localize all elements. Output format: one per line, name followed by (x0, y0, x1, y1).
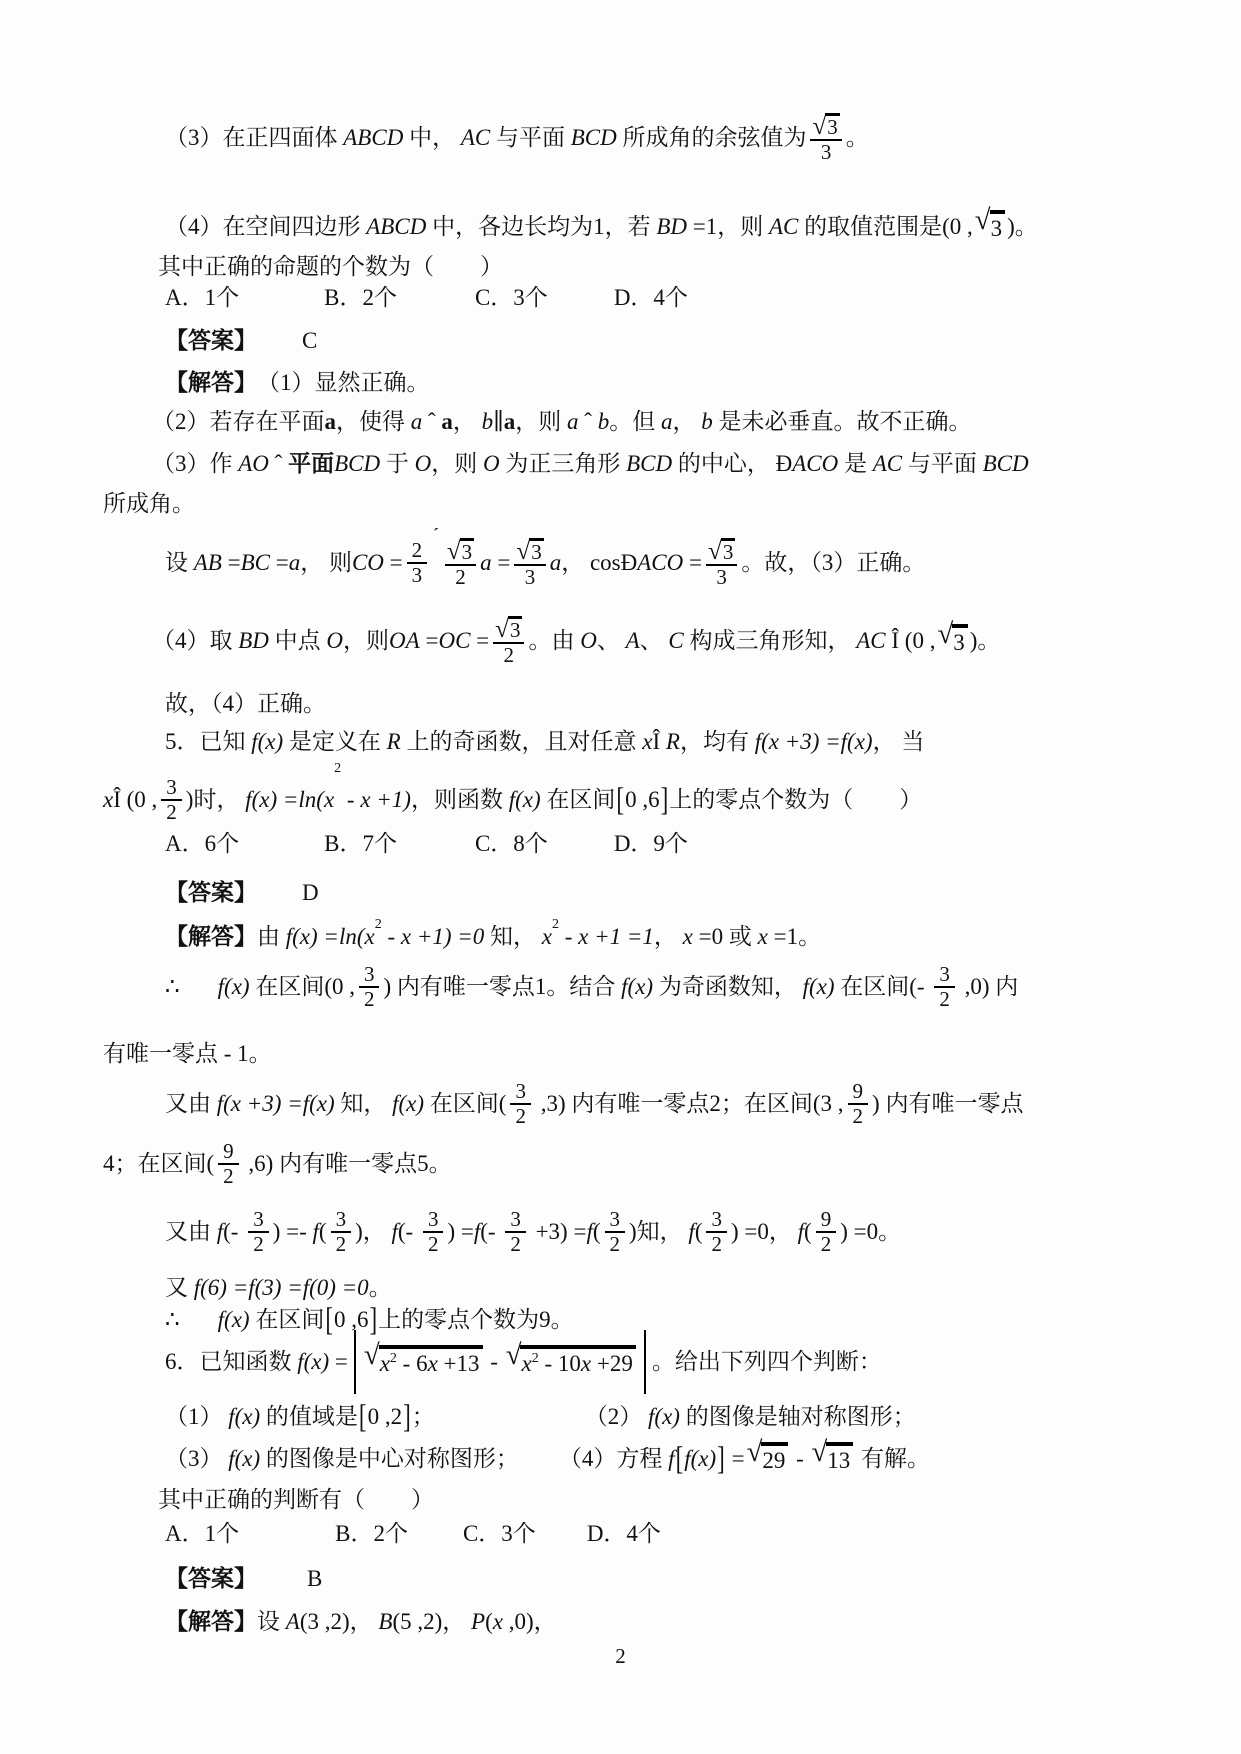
abs-bar-icon (354, 1330, 356, 1394)
abs-bar-icon (644, 1330, 646, 1394)
text-segment: B (307, 1565, 322, 1594)
text-segment: )。 (1007, 213, 1038, 242)
text-segment: 其中正确的命题的个数为（ ） (158, 253, 503, 282)
tall-bracket: ] (661, 780, 669, 821)
text-segment: 4；在区间( (103, 1150, 214, 1179)
text-segment: 又 (165, 1274, 194, 1303)
math-segment: a (567, 408, 579, 437)
math-segment: a (661, 408, 673, 437)
math-segment: BCD (334, 450, 380, 479)
math-segment: x (642, 728, 652, 757)
denominator: 2 (505, 1231, 526, 1256)
text-segment: ,0) 内 (959, 973, 1018, 1002)
text-segment: = (470, 627, 489, 656)
radical-icon: √ (495, 619, 509, 642)
text-segment: 。给出下列四个判断： (652, 1348, 882, 1377)
numerator: 3 (362, 963, 377, 986)
math-segment: R (387, 728, 401, 757)
math-segment: AB (194, 549, 222, 578)
tall-bracket: ] (403, 1397, 411, 1438)
text-segment: A．1个 (165, 284, 239, 313)
math-segment: f(x) =ln(x (286, 923, 375, 952)
text-segment: ) 内有唯一零点1。结合 (383, 973, 621, 1002)
denominator: 2 (359, 986, 380, 1011)
q5-solution-2a: ∴f(x) 在区间(0 ,32) 内有唯一零点1。结合 f(x) 为奇函数知， … (165, 950, 1018, 1024)
numerator: √3 (514, 538, 545, 564)
text-segment: ) =0， (731, 1218, 798, 1247)
radical: √x2 - 10x +29 (506, 1345, 636, 1379)
bold-segment: 【解答】 (165, 369, 257, 398)
text-segment: ； (412, 1403, 435, 1432)
math-segment: ABCD (343, 124, 403, 153)
bold-segment: 【答案】 (165, 1565, 257, 1594)
numerator: 3 (508, 1208, 523, 1231)
math-segment: b (701, 408, 713, 437)
math-segment: f(x) (297, 1348, 329, 1377)
math-segment: f(x +3) =f(x) (217, 1090, 335, 1119)
radical-icon: √ (516, 541, 530, 564)
denominator: 2 (218, 1163, 239, 1188)
text-segment: 0 ,6 (625, 786, 660, 815)
math-segment: - x +1) =0 (382, 923, 485, 952)
bold-segment: a (325, 408, 337, 437)
text-segment: （1）显然正确。 (257, 369, 430, 398)
text-segment: ， 则 (300, 549, 352, 578)
spacer (180, 1320, 218, 1321)
denominator: 2 (816, 1231, 837, 1256)
math-segment: AC (856, 627, 885, 656)
text-segment: 6．已知函数 (165, 1348, 297, 1377)
text-segment: 的图像是轴对称图形； (680, 1403, 916, 1432)
math-segment: f(x) (803, 973, 835, 1002)
text-segment: D．4个 (614, 284, 688, 313)
math-segment: O (415, 450, 432, 479)
math-segment: OC (438, 627, 470, 656)
text-segment: ， (672, 408, 701, 437)
fraction: 92 (218, 1140, 239, 1187)
math-segment: BCD (983, 450, 1029, 479)
fraction: 32 (934, 963, 955, 1010)
q5-solution-3b: 4；在区间(92 ,6) 内有唯一零点5。 (103, 1128, 452, 1200)
text-segment: D．9个 (614, 830, 688, 859)
tall-bracket: [ (616, 780, 624, 821)
text-segment: = (420, 627, 439, 656)
text-segment: - (790, 1445, 809, 1474)
q6-judgement-34: （3） f(x) 的图像是中心对称图形；（4）方程 f[f(x)] =√29 -… (165, 1438, 930, 1480)
superscript: 2 (375, 918, 382, 932)
superscript: 2 (532, 1351, 539, 1366)
math-segment: x (542, 923, 552, 952)
math-segment: - x +1) (341, 786, 411, 815)
page-number: 2 (0, 1644, 1241, 1669)
math-segment: AC (873, 450, 902, 479)
radicand: 3 (508, 616, 523, 642)
text-segment: Î (652, 728, 665, 757)
text-segment: 的值域是 (260, 1403, 358, 1432)
denominator: 3 (810, 139, 841, 164)
text-segment: - 10 (539, 1351, 581, 1376)
text-segment: C．3个 (463, 1520, 536, 1549)
math-segment: x (758, 923, 768, 952)
text-segment: Î (0 , (113, 786, 157, 815)
text-segment: 又由 (165, 1218, 217, 1247)
text-segment: 在区间(- (835, 973, 931, 1002)
math-segment: a (480, 549, 492, 578)
q6-statement: 6．已知函数 f(x) =√x2 - 6x +13 - √x2 - 10x +2… (165, 1330, 882, 1394)
fraction: 32 (605, 1208, 626, 1255)
text-segment: B．2个 (324, 284, 397, 313)
numerator: 3 (426, 1208, 441, 1231)
radical: √13 (812, 1442, 854, 1476)
math-segment: b (482, 408, 494, 437)
math-segment: OA (389, 627, 420, 656)
text-segment: = (492, 549, 511, 578)
text-segment: C．3个 (475, 284, 548, 313)
fraction: √33 (810, 113, 841, 163)
denominator: 2 (493, 642, 524, 667)
text-segment: ，使得 (336, 408, 411, 437)
q4-solution-4b: 故，（4）正确。 (165, 686, 326, 722)
q4-statement-3: （3）在正四面体 ABCD 中， AC 与平面 BCD 所成角的余弦值为√33。 (165, 98, 869, 178)
fraction: √33 (706, 538, 737, 588)
text-segment: （1） (165, 1403, 228, 1432)
denominator: 2 (848, 1103, 869, 1128)
text-segment: 与平面 (490, 124, 571, 153)
text-segment: +13 (438, 1351, 480, 1376)
text-segment: B．7个 (324, 830, 397, 859)
math-segment: CO (352, 549, 384, 578)
text-segment: 。故，（3）正确。 (741, 549, 925, 578)
math-segment: f(x) (251, 728, 283, 757)
denominator: 2 (510, 1103, 531, 1128)
math-segment: x (581, 1351, 591, 1376)
text-segment: 故，（4）正确。 (165, 690, 326, 719)
q5-statement-a: 5．已知 f(x) 是定义在 R 上的奇函数，且对任意 xÎ R，均有 f(x … (165, 722, 924, 762)
spacer (239, 844, 324, 845)
radicand: 3 (721, 538, 736, 564)
text-segment: ， cosÐ (561, 549, 637, 578)
radical-icon: √ (747, 1440, 763, 1466)
math-segment: x (103, 786, 113, 815)
fraction: 32 (510, 1080, 531, 1127)
math-segment: x (493, 1608, 503, 1637)
text-segment: 其中正确的判断有（ ） (158, 1486, 434, 1515)
radical-icon: √ (506, 1343, 522, 1369)
text-segment: 知， (335, 1090, 393, 1119)
math-segment: ACO (792, 450, 838, 479)
fraction: 92 (848, 1080, 869, 1127)
text-segment: 所成角的余弦值为 (617, 124, 807, 153)
text-segment: 为奇函数知， (653, 973, 803, 1002)
radicand: 3 (825, 113, 840, 139)
bold-segment: 【答案】 (165, 327, 257, 356)
math-segment: a (289, 549, 301, 578)
text-segment: (- (223, 1218, 244, 1247)
q4-options: A．1个B．2个C．3个D．4个 (165, 280, 688, 316)
math-segment: f(x) (509, 786, 541, 815)
q6-options: A．1个B．2个C．3个D．4个 (165, 1516, 661, 1552)
math-segment: f(x) (648, 1403, 680, 1432)
numerator: 3 (164, 776, 179, 799)
q6-answer: 【答案】B (165, 1560, 322, 1598)
fraction: 92 (816, 1208, 837, 1255)
q6-question-tail: 其中正确的判断有（ ） (158, 1482, 434, 1518)
text-segment: ，则 (343, 627, 389, 656)
text-segment: 5．已知 (165, 728, 251, 757)
fraction: 32 (359, 963, 380, 1010)
numerator: 3 (608, 1208, 623, 1231)
text-segment: D (302, 879, 319, 908)
math-segment: f(x) (684, 1445, 716, 1474)
math-segment: BD (238, 627, 269, 656)
radical-icon: √ (937, 622, 953, 648)
math-segment: BC (241, 549, 270, 578)
spacer (536, 1534, 587, 1535)
text-segment: 、 (640, 627, 669, 656)
text-segment: ( (319, 1218, 327, 1247)
text-segment: 。但 (609, 408, 661, 437)
text-segment: ，均有 (680, 728, 755, 757)
text-segment: =0 或 (693, 923, 758, 952)
denominator: 2 (934, 986, 955, 1011)
text-segment: 又由 (165, 1090, 217, 1119)
denominator: 3 (407, 562, 428, 587)
fraction: 32 (505, 1208, 526, 1255)
q6-judgement-12: （1） f(x) 的值域是[0 ,2]；（2） f(x) 的图像是轴对称图形； (165, 1396, 916, 1438)
math-segment: B (378, 1608, 392, 1637)
math-segment: AC (769, 213, 798, 242)
text-segment: ,3) 内有唯一零点2；在区间(3 , (535, 1090, 844, 1119)
text-segment: (5 ,2)， (392, 1608, 471, 1637)
text-segment: 有唯一零点 - 1。 (103, 1040, 272, 1069)
superscript: 2 (334, 762, 341, 776)
text-segment: 是 (838, 450, 873, 479)
q4-solution-3b: 所成角。 (103, 486, 195, 522)
text-segment: ) = (447, 1218, 473, 1247)
spacer (397, 298, 475, 299)
q6-solution-1: 【解答】设 A(3 ,2)， B(5 ,2)， P(x ,0)， (165, 1602, 557, 1642)
math-segment: ABCD (366, 213, 426, 242)
bold-segment: 【解答】 (165, 923, 257, 952)
text-segment: 构成三角形知， (684, 627, 857, 656)
numerator: 9 (221, 1140, 236, 1163)
q4-solution-1: 【解答】（1）显然正确。 (165, 364, 430, 402)
bold-segment: 【答案】 (165, 879, 257, 908)
spacer (239, 298, 324, 299)
text-segment: 在区间(0 , (250, 973, 355, 1002)
math-segment: a (550, 549, 562, 578)
numerator: 3 (513, 1080, 528, 1103)
text-segment: （3） (165, 1445, 228, 1474)
radical-icon: √ (708, 541, 722, 564)
text-segment: 设 (257, 1608, 286, 1637)
text-segment: 。 (369, 1274, 392, 1303)
denominator: 3 (514, 564, 545, 589)
radical-icon: √ (975, 208, 991, 234)
text-segment: = (329, 1348, 348, 1377)
q4-answer: 【答案】C (165, 322, 317, 360)
fraction: 32 (248, 1208, 269, 1255)
spacer (239, 1534, 335, 1535)
text-segment: (- (398, 1218, 419, 1247)
math-segment: f(x) (392, 1090, 424, 1119)
denominator: 2 (331, 1231, 352, 1256)
text-segment: ˆ (579, 408, 598, 437)
numerator: 3 (251, 1208, 266, 1231)
radical: √3 (937, 624, 967, 658)
math-segment: f(x) (228, 1445, 260, 1474)
math-segment: f(x) (228, 1403, 260, 1432)
text-segment: 。由 (528, 627, 580, 656)
fraction: √32 (493, 616, 524, 666)
text-segment: )， (355, 1218, 391, 1247)
spacer (257, 341, 302, 342)
spacer (397, 844, 475, 845)
numerator: 2 (410, 539, 425, 562)
text-segment: ∴ (165, 973, 180, 1002)
denominator: 2 (605, 1231, 626, 1256)
math-segment: O (483, 450, 500, 479)
text-segment: 设 (165, 549, 194, 578)
bold-segment: a (504, 408, 516, 437)
numerator: 9 (819, 1208, 834, 1231)
text-segment: )时， (186, 786, 245, 815)
denominator: 2 (161, 799, 182, 824)
math-segment: - x +1 =1 (559, 923, 654, 952)
math-segment: x (380, 1351, 390, 1376)
numerator: √3 (445, 538, 476, 564)
q5-solution-4: 又由 f(- 32) =- f(32)， f(- 32) =f(- 32 +3)… (165, 1196, 901, 1268)
math-segment: b (598, 408, 610, 437)
radical-icon: √ (812, 116, 826, 139)
radicand: 3 (529, 538, 544, 564)
text-segment: 在区间 (541, 786, 616, 815)
math-segment: x (683, 923, 693, 952)
text-segment: ) =0。 (840, 1218, 901, 1247)
numerator: 3 (709, 1208, 724, 1231)
text-segment: ,0)， (503, 1608, 557, 1637)
math-segment: BCD (626, 450, 672, 479)
bold-segment: 平面 (288, 450, 334, 479)
math-segment: a (411, 408, 423, 437)
q5-solution-2b: 有唯一零点 - 1。 (103, 1036, 272, 1072)
text-segment: 与平面 (902, 450, 983, 479)
radicand: 29 (761, 1442, 788, 1476)
radical-icon: √ (364, 1343, 380, 1369)
text-segment: 为正三角形 (500, 450, 627, 479)
text-segment: = (384, 549, 403, 578)
tall-bracket: ] (717, 1439, 725, 1480)
text-segment: 中，各边长均为1，若 (426, 213, 656, 242)
numerator: 3 (937, 963, 952, 986)
q4-solution-2: （2）若存在平面a，使得 a ˆ a， b∥a，则 a ˆ b。但 a， b 是… (152, 402, 971, 442)
math-segment: f(6) =f(3) =f(0) =0 (194, 1274, 369, 1303)
math-segment: O (580, 627, 597, 656)
denominator: 2 (248, 1231, 269, 1256)
numerator: √3 (706, 538, 737, 564)
text-segment: +3) = (530, 1218, 587, 1247)
fraction: 32 (706, 1208, 727, 1255)
text-segment: （2）若存在平面 (152, 408, 325, 437)
text-segment: ˆ (422, 408, 441, 437)
text-segment: 是定义在 (283, 728, 387, 757)
text-segment: D．4个 (587, 1520, 661, 1549)
text-segment: 的取值范围是(0 , (798, 213, 972, 242)
numerator: √3 (810, 113, 841, 139)
math-segment: x (428, 1351, 438, 1376)
text-segment: =1。 (768, 923, 821, 952)
text-segment: 的中心， Ð (672, 450, 792, 479)
math-segment: BD (656, 213, 687, 242)
superscript: 2 (390, 1351, 397, 1366)
superscript: 2 (552, 918, 559, 932)
text-segment: ) 内有唯一零点 (872, 1090, 1023, 1119)
spacer (408, 1534, 463, 1535)
text-segment: ，则 (431, 450, 483, 479)
numerator: 9 (851, 1080, 866, 1103)
math-segment: P (471, 1608, 485, 1637)
radicand: 3 (990, 210, 1006, 244)
text-segment: A．1个 (165, 1520, 239, 1549)
text-segment: 所成角。 (103, 490, 195, 519)
radicand: 13 (826, 1442, 853, 1476)
spacer (548, 298, 614, 299)
q4-statement-4: （4）在空间四边形 ABCD 中，各边长均为1，若 BD =1，则 AC 的取值… (165, 205, 1038, 249)
denominator: 2 (706, 1231, 727, 1256)
text-segment: ( (485, 1608, 493, 1637)
spacer (548, 844, 614, 845)
tall-bracket: [ (359, 1397, 367, 1438)
denominator: 3 (706, 564, 737, 589)
math-segment: f(x) =ln(x (245, 786, 334, 815)
math-segment: ACO (637, 549, 683, 578)
text-segment: = (270, 549, 289, 578)
text-segment: （4）取 (152, 627, 238, 656)
text-segment: )。 (970, 627, 1001, 656)
text-segment: = (726, 1445, 745, 1474)
spacer (257, 893, 302, 894)
text-segment: - (485, 1348, 504, 1377)
text-segment: ，则 (515, 408, 567, 437)
text-segment: 是未必垂直。故不正确。 (713, 408, 972, 437)
radicand: 3 (460, 538, 475, 564)
text-segment: ,6) 内有唯一零点5。 (243, 1150, 452, 1179)
math-segment: R (666, 728, 680, 757)
q5-options: A．6个B．7个C．8个D．9个 (165, 826, 688, 862)
text-segment: ， (654, 923, 683, 952)
text-segment: 知， (484, 923, 542, 952)
text-segment: = (222, 549, 241, 578)
radicand: x2 - 10x +29 (520, 1345, 635, 1379)
text-segment: 在区间( (424, 1090, 506, 1119)
times-dot-icon: ´ (433, 526, 439, 543)
text-segment: 由 (257, 923, 286, 952)
text-segment: 于 (380, 450, 415, 479)
radicand: 3 (952, 624, 968, 658)
math-segment: BCD (571, 124, 617, 153)
text-segment: )知， (629, 1218, 688, 1247)
spacer (257, 1579, 307, 1580)
math-segment: AC (461, 124, 490, 153)
math-segment: A (286, 1608, 300, 1637)
math-segment: f (668, 1445, 674, 1474)
radical: √3 (975, 210, 1005, 244)
text-segment: 有解。 (855, 1445, 930, 1474)
text-segment: (3 ,2)， (300, 1608, 379, 1637)
text-segment: - 6 (397, 1351, 428, 1376)
text-segment: 、 (597, 627, 626, 656)
math-segment: f(x +3) =f(x) (755, 728, 873, 757)
